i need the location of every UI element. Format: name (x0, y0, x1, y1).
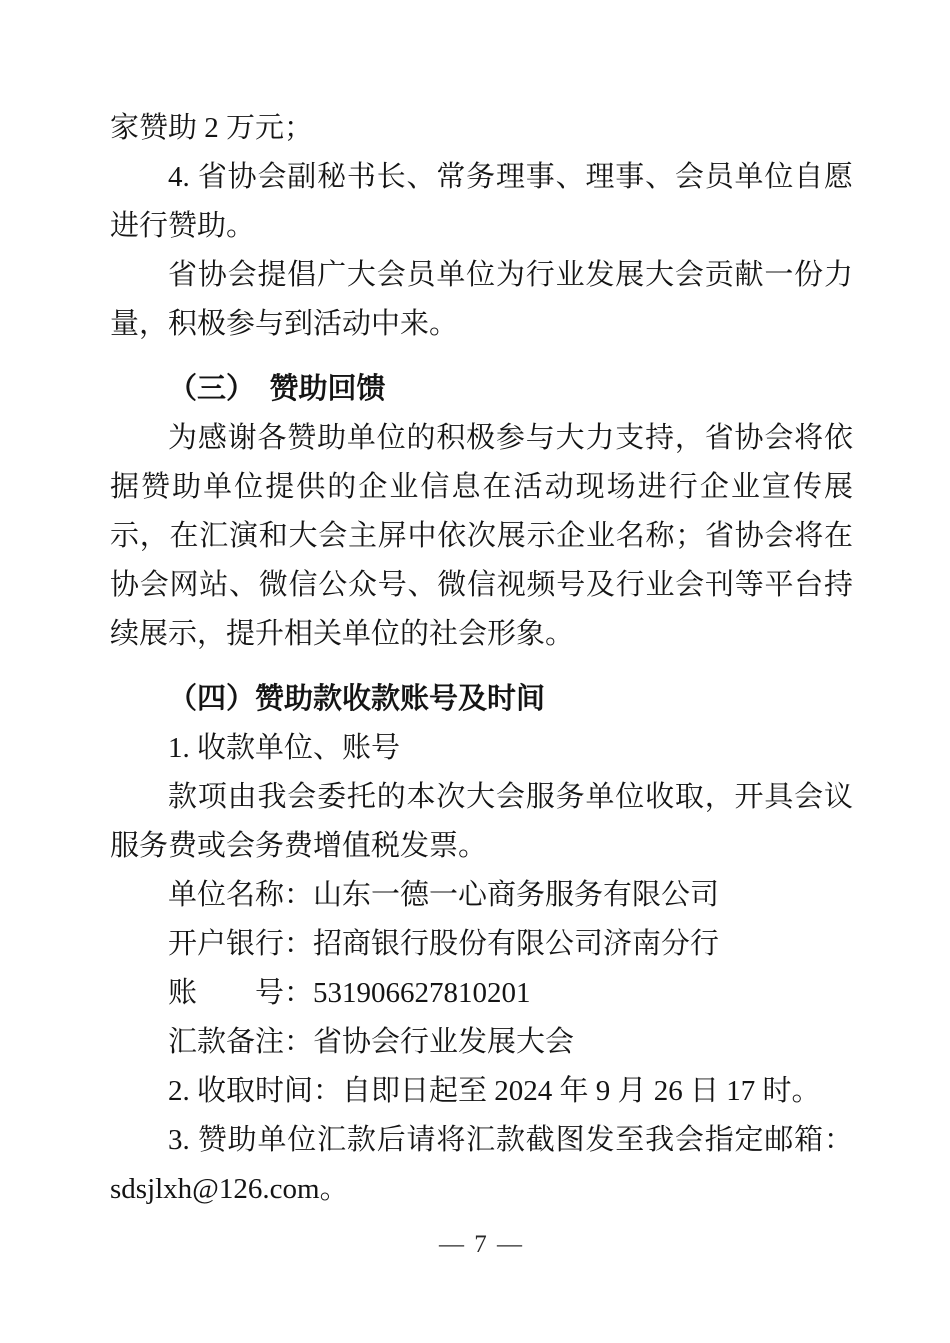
bank-field-value: 531906627810201 (313, 977, 531, 1009)
field-colon: ： (284, 879, 313, 911)
paragraph-advocate-participation: 省协会提倡广大会员单位为行业发展大会贡献一份力量，积极参与到活动中来。 (110, 251, 853, 349)
bank-field-label: 账号 (168, 969, 284, 1018)
field-colon: ： (284, 928, 313, 960)
paragraph-sponsor-amount-continuation: 家赞助 2 万元； (110, 104, 853, 153)
paragraph-payment-description: 款项由我会委托的本次大会服务单位收取，开具会议服务费或会务费增值税发票。 (110, 773, 853, 871)
document-page: 家赞助 2 万元； 4. 省协会副秘书长、常务理事、理事、会员单位自愿进行赞助。… (0, 0, 950, 1343)
field-colon: ： (284, 1026, 313, 1058)
paragraph-item-1-payee-account-title: 1. 收款单位、账号 (110, 724, 853, 773)
section-heading-3-sponsor-feedback: （三） 赞助回馈 (110, 365, 853, 414)
bank-field-company-name: 单位名称：山东一德一心商务服务有限公司 (110, 871, 853, 920)
bank-field-value: 招商银行股份有限公司济南分行 (313, 928, 719, 960)
paragraph-item-3-remittance-screenshot-email: 3. 赞助单位汇款后请将汇款截图发至我会指定邮箱：sdsjlxh@126.com… (110, 1116, 853, 1214)
bank-field-account-number: 账号：531906627810201 (110, 969, 853, 1018)
paragraph-item-4-voluntary-sponsorship: 4. 省协会副秘书长、常务理事、理事、会员单位自愿进行赞助。 (110, 153, 853, 251)
bank-field-value: 山东一德一心商务服务有限公司 (313, 879, 719, 911)
page-number: — 7 — (110, 1227, 853, 1263)
bank-field-label: 汇款备注 (168, 1018, 284, 1067)
bank-field-remit-memo: 汇款备注：省协会行业发展大会 (110, 1018, 853, 1067)
paragraph-section-3-body: 为感谢各赞助单位的积极参与大力支持，省协会将依据赞助单位提供的企业信息在活动现场… (110, 414, 853, 659)
section-heading-4-payment-account-and-time: （四）赞助款收款账号及时间 (110, 675, 853, 724)
bank-field-label: 单位名称 (168, 871, 284, 920)
bank-field-bank-name: 开户银行：招商银行股份有限公司济南分行 (110, 920, 853, 969)
bank-field-value: 省协会行业发展大会 (313, 1026, 574, 1058)
paragraph-item-2-collection-time: 2. 收取时间：自即日起至 2024 年 9 月 26 日 17 时。 (110, 1067, 853, 1116)
bank-field-label: 开户银行 (168, 920, 284, 969)
field-colon: ： (284, 977, 313, 1009)
